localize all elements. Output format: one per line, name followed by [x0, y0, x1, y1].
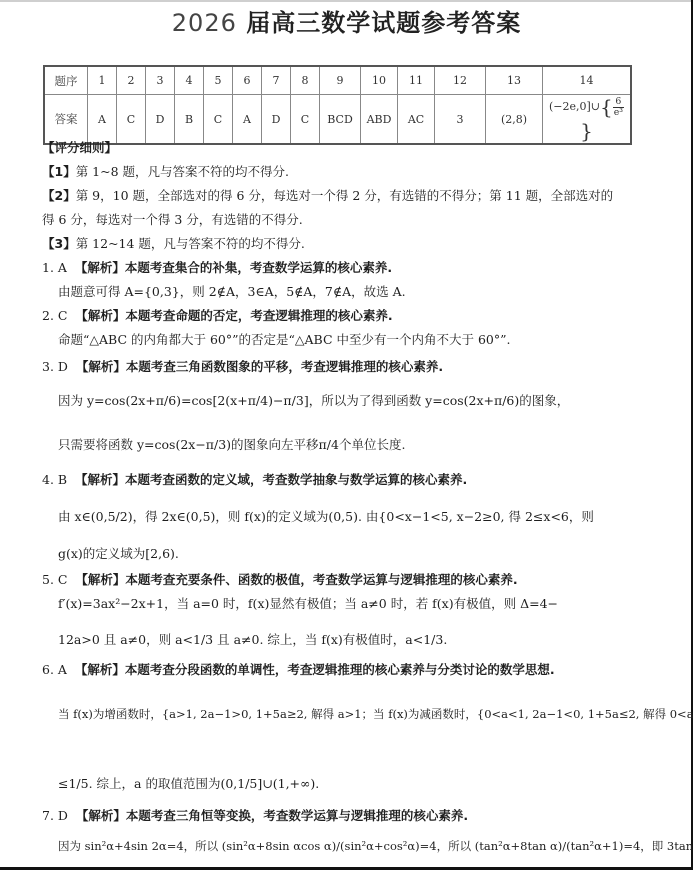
- answer-cell: 3: [435, 95, 486, 145]
- solution-heading: 【解析】本题考查集合的补集，考查数学运算的核心素养.: [75, 260, 392, 275]
- question-cell: 14: [543, 66, 632, 95]
- answer-cell: C: [291, 95, 320, 145]
- answer-cell: B: [175, 95, 204, 145]
- answer-cell: C: [117, 95, 146, 145]
- rule-text: 第 12~14 题，凡与答案不符的均不得分.: [76, 236, 305, 251]
- scoring-rule-3: 【3】第 12~14 题，凡与答案不符的均不得分.: [42, 234, 305, 252]
- answer-cell: ABD: [361, 95, 398, 145]
- solution-line: 只需要将函数 y=cos(2x−π/3)的图象向左平移π/4个单位长度.: [42, 435, 405, 453]
- solution-line: f′(x)=3ax²−2x+1，当 a=0 时，f(x)显然有极值；当 a≠0 …: [42, 594, 558, 612]
- scoring-heading: 【评分细则】: [42, 138, 117, 156]
- rule-tag: 【3】: [42, 236, 76, 251]
- solution-line: g(x)的定义域为[2,6).: [42, 544, 179, 562]
- answer-table-question-row: 题序 1 2 3 4 5 6 7 8 9 10 11 12 13 14: [44, 66, 631, 95]
- question-cell: 3: [146, 66, 175, 95]
- page-title: 2026 届高三数学试题参考答案: [0, 3, 693, 38]
- question-cell: 11: [398, 66, 435, 95]
- row-header-question: 题序: [44, 66, 88, 95]
- question-cell: 7: [262, 66, 291, 95]
- answer-cell: (2,8): [486, 95, 543, 145]
- answer14-prefix: (−2e,0]∪: [549, 100, 600, 113]
- title-year: 2026: [172, 9, 237, 37]
- solution-line: 命题“△ABC 的内角都大于 60°”的否定是“△ABC 中至少有一个内角不大于…: [42, 330, 511, 348]
- question-cell: 5: [204, 66, 233, 95]
- solution-line: 12a>0 且 a≠0，则 a<1/3 且 a≠0. 综上，当 f(x)有极值时…: [42, 630, 447, 648]
- solution-heading: 【解析】本题考查三角恒等变换，考查数学运算与逻辑推理的核心素养.: [76, 808, 468, 823]
- solution-line: 当 f(x)为增函数时，{a>1, 2a−1>0, 1+5a≥2, 解得 a>1…: [42, 706, 693, 722]
- answer-cell: BCD: [320, 95, 361, 145]
- rule-text: 第 1~8 题，凡与答案不符的均不得分.: [76, 164, 289, 179]
- question-cell: 12: [435, 66, 486, 95]
- answer-cell: AC: [398, 95, 435, 145]
- solution-label: 4. B: [42, 472, 67, 487]
- rule-text: 第 9，10 题，全部选对的得 6 分，每选对一个得 2 分，有选错的不得分；第…: [76, 188, 613, 203]
- solution-line: ≤1/5. 综上，a 的取值范围为(0,1/5]∪(1,+∞).: [42, 774, 319, 792]
- denominator: e³: [613, 108, 624, 117]
- question-cell: 10: [361, 66, 398, 95]
- question-cell: 2: [117, 66, 146, 95]
- solution-heading: 【解析】本题考查充要条件、函数的极值，考查数学运算与逻辑推理的核心素养.: [75, 572, 517, 587]
- solution-label: 2. C: [42, 308, 67, 323]
- solution-label: 7. D: [42, 808, 68, 823]
- answer-cell: D: [146, 95, 175, 145]
- answer-cell: A: [233, 95, 262, 145]
- top-border: [0, 0, 693, 2]
- numerator: 6: [613, 97, 624, 107]
- scoring-rule-2-continued: 得 6 分，每选对一个得 3 分，有选错的不得分.: [42, 210, 303, 228]
- answer-table: 题序 1 2 3 4 5 6 7 8 9 10 11 12 13 14 答案 A…: [43, 65, 632, 145]
- rule-tag: 【2】: [42, 188, 76, 203]
- solution-line: 因为 y=cos(2x+π/6)=cos[2(x+π/4)−π/3]，所以为了得…: [42, 391, 569, 409]
- solution-line: 因为 sin²α+4sin 2α=4，所以 (sin²α+8sin αcos α…: [42, 838, 693, 854]
- solution-label: 1. A: [42, 260, 67, 275]
- solution-line: 由题意可得 A={0,3}，则 2∉A，3∈A，5∉A，7∉A，故选 A.: [42, 282, 406, 300]
- scoring-rule-2: 【2】第 9，10 题，全部选对的得 6 分，每选对一个得 2 分，有选错的不得…: [42, 186, 613, 204]
- solution-heading: 【解析】本题考查三角函数图象的平移，考查逻辑推理的核心素养.: [76, 359, 443, 374]
- question-cell: 1: [88, 66, 117, 95]
- solution-label: 3. D: [42, 359, 68, 374]
- rule-tag: 【1】: [42, 164, 76, 179]
- question-cell: 8: [291, 66, 320, 95]
- answer-cell: A: [88, 95, 117, 145]
- solution-heading: 【解析】本题考查命题的否定，考查逻辑推理的核心素养.: [75, 308, 392, 323]
- answer-cell: D: [262, 95, 291, 145]
- answer14-fraction: 6e³: [613, 97, 624, 117]
- solution-label: 6. A: [42, 662, 67, 677]
- solution-heading: 【解析】本题考查分段函数的单调性，考查逻辑推理的核心素养与分类讨论的数学思想.: [75, 662, 555, 677]
- question-cell: 6: [233, 66, 262, 95]
- answer-cell-14: (−2e,0]∪{6e³}: [543, 95, 632, 145]
- question-cell: 4: [175, 66, 204, 95]
- solution-line: 由 x∈(0,5/2)，得 2x∈(0,5)，则 f(x)的定义域为(0,5).…: [42, 507, 594, 525]
- row-header-answer: 答案: [44, 95, 88, 145]
- title-text: 届高三数学试题参考答案: [246, 9, 521, 37]
- question-cell: 13: [486, 66, 543, 95]
- scoring-rule-1: 【1】第 1~8 题，凡与答案不符的均不得分.: [42, 162, 289, 180]
- question-cell: 9: [320, 66, 361, 95]
- answer-table-answer-row: 答案 A C D B C A D C BCD ABD AC 3 (2,8) (−…: [44, 95, 631, 145]
- solution-heading: 【解析】本题考查函数的定义域，考查数学抽象与数学运算的核心素养.: [75, 472, 467, 487]
- solution-label: 5. C: [42, 572, 67, 587]
- answer-cell: C: [204, 95, 233, 145]
